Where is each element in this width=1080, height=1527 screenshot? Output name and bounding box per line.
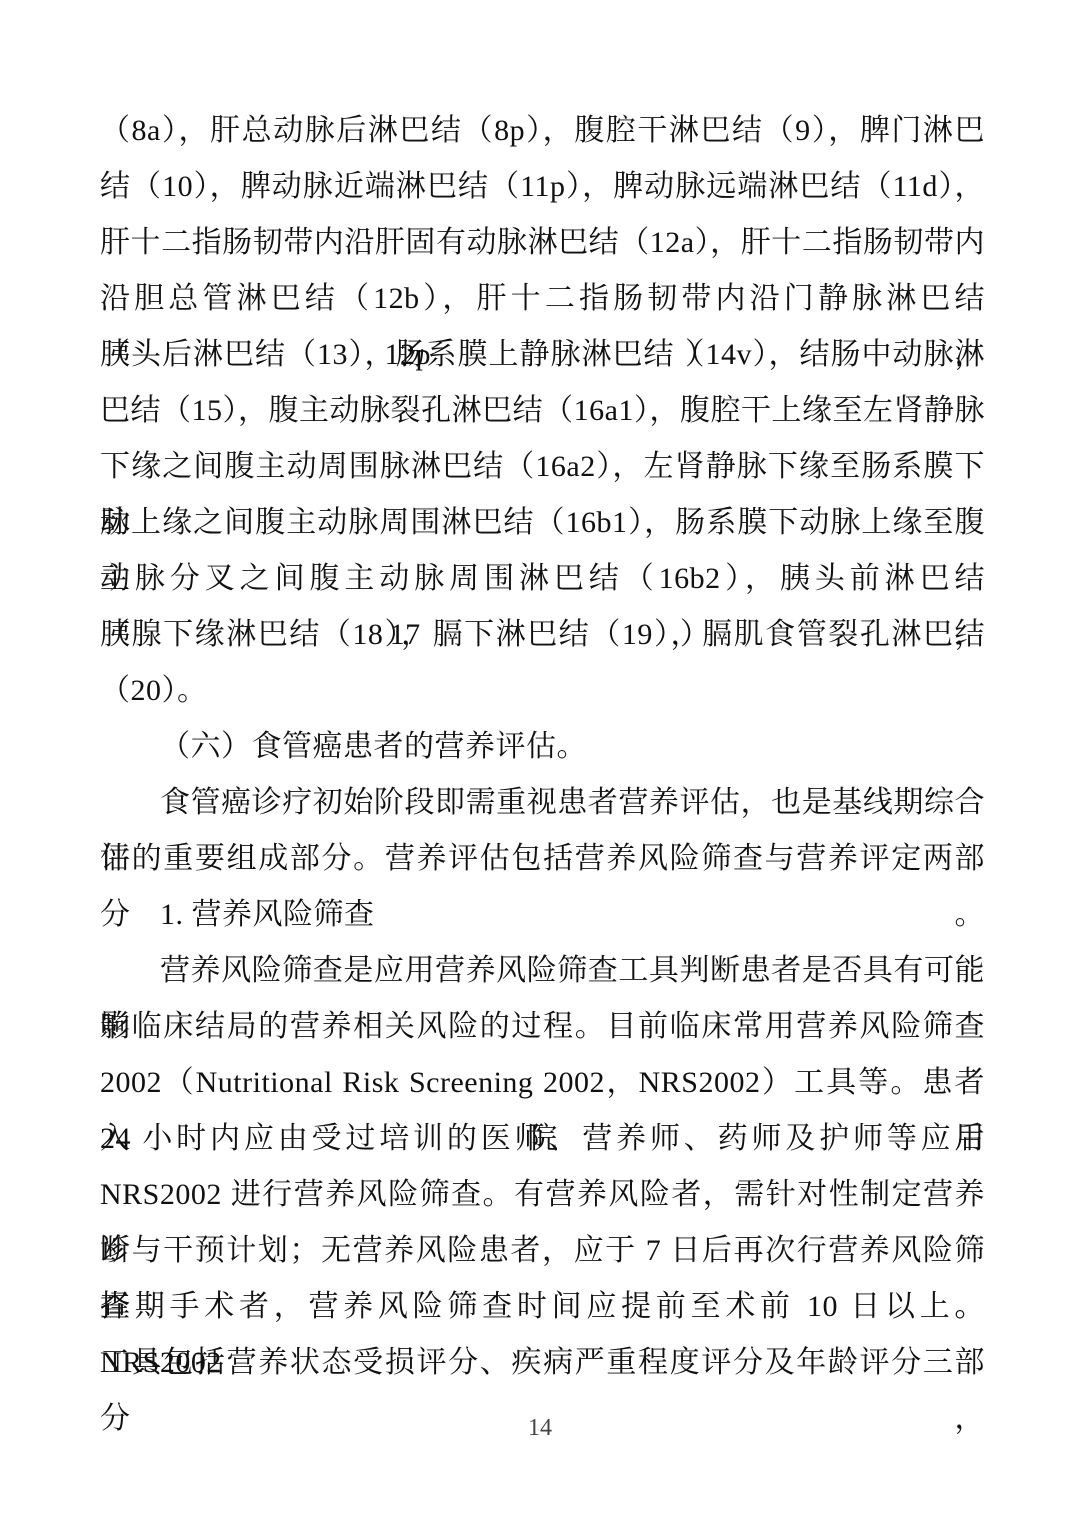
body-line: 巴结（15），腹主动脉裂孔淋巴结（16a1），腹腔干上缘至左肾静脉 bbox=[100, 383, 985, 439]
body-line: 断与干预计划；无营养风险患者，应于 7 日后再次行营养风险筛查。 bbox=[100, 1223, 985, 1279]
paragraph-nutritional-risk-screening: 营养风险筛查是应用营养风险筛查工具判断患者是否具有可能影 响临床结局的营养相关风… bbox=[100, 943, 985, 1391]
body-line: 动脉分叉之间腹主动脉周围淋巴结（16b2），胰头前淋巴结（17）， bbox=[100, 551, 985, 607]
body-line: 择期手术者，营养风险筛查时间应提前至术前 10 日以上。NRS2002 bbox=[100, 1279, 985, 1335]
body-line: 2002（Nutritional Risk Screening 2002，NRS… bbox=[100, 1055, 985, 1111]
body-line: 脉上缘之间腹主动脉周围淋巴结（16b1），肠系膜下动脉上缘至腹主 bbox=[100, 495, 985, 551]
body-line: 结（10），脾动脉近端淋巴结（11p），脾动脉远端淋巴结（11d）， bbox=[100, 159, 985, 215]
paragraph-lymph-node-stations: （8a），肝总动脉后淋巴结（8p），腹腔干淋巴结（9），脾门淋巴 结（10），脾… bbox=[100, 103, 985, 719]
body-line: 工具包括营养状态受损评分、疾病严重程度评分及年龄评分三部分， bbox=[100, 1335, 985, 1391]
body-line: NRS2002 进行营养风险筛查。有营养风险者，需针对性制定营养诊 bbox=[100, 1167, 985, 1223]
body-line: （20）。 bbox=[100, 663, 985, 719]
body-line: 下缘之间腹主动周围脉淋巴结（16a2），左肾静脉下缘至肠系膜下动 bbox=[100, 439, 985, 495]
body-line: 肝十二指肠韧带内沿肝固有动脉淋巴结（12a），肝十二指肠韧带内 bbox=[100, 215, 985, 271]
page-number: 14 bbox=[0, 1408, 1080, 1448]
document-body: （8a），肝总动脉后淋巴结（8p），腹腔干淋巴结（9），脾门淋巴 结（10），脾… bbox=[100, 103, 985, 1391]
section-heading: （六）食管癌患者的营养评估。 bbox=[100, 719, 985, 775]
body-line: 响临床结局的营养相关风险的过程。目前临床常用营养风险筛查 bbox=[100, 999, 985, 1055]
body-line: 估的重要组成部分。营养评估包括营养风险筛查与营养评定两部分。 bbox=[100, 831, 985, 887]
body-line: 食管癌诊疗初始阶段即需重视患者营养评估，也是基线期综合评 bbox=[100, 775, 985, 831]
body-line: （8a），肝总动脉后淋巴结（8p），腹腔干淋巴结（9），脾门淋巴 bbox=[100, 103, 985, 159]
body-line: 沿胆总管淋巴结（12b），肝十二指肠韧带内沿门静脉淋巴结（12p）， bbox=[100, 271, 985, 327]
paragraph-nutrition-assessment-intro: 食管癌诊疗初始阶段即需重视患者营养评估，也是基线期综合评 估的重要组成部分。营养… bbox=[100, 775, 985, 887]
body-line: 胰腺下缘淋巴结（18），膈下淋巴结（19），膈肌食管裂孔淋巴结 bbox=[100, 607, 985, 663]
body-line: 胰头后淋巴结（13），肠系膜上静脉淋巴结（14v），结肠中动脉淋 bbox=[100, 327, 985, 383]
body-line: 营养风险筛查是应用营养风险筛查工具判断患者是否具有可能影 bbox=[100, 943, 985, 999]
document-page: （8a），肝总动脉后淋巴结（8p），腹腔干淋巴结（9），脾门淋巴 结（10），脾… bbox=[0, 0, 1080, 1527]
body-line: 24 小时内应由受过培训的医师、营养师、药师及护师等应用 bbox=[100, 1111, 985, 1167]
